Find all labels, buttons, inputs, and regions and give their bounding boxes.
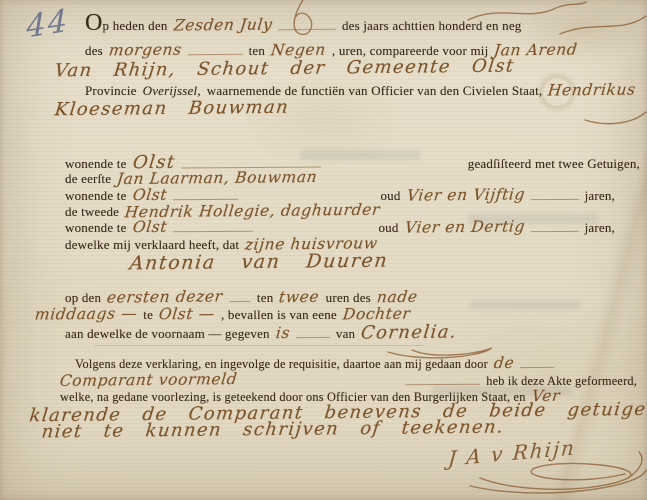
printed-text: op den — [65, 290, 101, 306]
printed-text: ten — [249, 43, 265, 59]
handwritten-place: Olst — [132, 218, 168, 236]
printed-text: , bevallen is van eene — [221, 307, 337, 323]
handwritten-hour: Negen — [270, 41, 327, 60]
printed-text: uren des — [326, 290, 371, 306]
printed-text: te — [143, 307, 153, 323]
line-witness-2-age: wonende te Olst oud Vier en Dertig jaren… — [65, 218, 615, 236]
printed-text: jaren, — [585, 220, 615, 236]
ink-rule — [229, 301, 251, 302]
handwritten-declarant-firstname: Hendrikus — [547, 81, 637, 100]
printed-text: wonende te — [65, 220, 127, 236]
ink-rule — [278, 29, 336, 30]
document-scan: 44 Op heden den Zesden July des jaars ac… — [0, 0, 647, 500]
ink-rule — [531, 199, 579, 200]
ink-rule — [531, 231, 579, 232]
printed-text: jaren, — [585, 188, 615, 204]
line-province: Provincie Overijssel, waarnemende de fun… — [85, 81, 647, 99]
handwritten-official-name: Van Rhijn, Schout der Gemeente Olst — [54, 56, 516, 82]
signature-paraph — [628, 452, 642, 478]
handwritten-age: Vier en Vijftig — [405, 185, 525, 204]
handwritten-child-name: Cornelia. — [360, 321, 459, 343]
handwritten-text: middaags — — [34, 304, 138, 323]
handwritten-child-sex: Dochter — [342, 305, 412, 324]
printed-text: van — [336, 326, 355, 342]
handwritten-mother-name: Antonia van Duuren — [129, 250, 390, 275]
printed-text: oud — [378, 220, 398, 236]
ink-rule — [173, 199, 238, 200]
handwritten-text: nade — [376, 288, 419, 306]
printed-text: des — [85, 43, 103, 59]
printed-text: p heden den — [103, 18, 168, 34]
line-date: Op heden den Zesden July des jaars achtt… — [85, 16, 647, 34]
printed-witness-clause: geadſiſteerd met twee Getuigen, — [468, 156, 640, 172]
margin-number: 44 — [26, 2, 70, 45]
printed-text: ten — [257, 290, 273, 306]
ink-rule — [95, 345, 425, 346]
printed-text: aan dewelke de voornaam — gegeven — [65, 326, 270, 342]
line-child-name: aan dewelke de voornaam — gegeven is van… — [65, 322, 457, 343]
printed-year: des jaars achttien honderd en neg — [342, 18, 522, 34]
line-mother: Antonia van Duuren — [130, 251, 388, 273]
handwritten-age: Vier en Dertig — [403, 217, 525, 236]
line-declarant: Kloeseman Bouwman — [55, 98, 289, 119]
handwritten-birth-hour: twee — [278, 288, 320, 306]
handwritten-daypart: morgens — [108, 41, 183, 60]
line-official: Van Rhijn, Schout der Gemeente Olst — [55, 58, 647, 79]
ink-rule — [296, 337, 330, 338]
printed-text: Volgens deze verklaring, en ingevolge de… — [75, 357, 488, 372]
line-witness-1: de eerſte Jan Laarman, Bouwman — [65, 169, 317, 187]
printed-province-name: Overijssel, — [143, 83, 201, 99]
printed-text: de eerſte — [65, 171, 111, 187]
hendrikus-tail-flourish — [585, 112, 646, 124]
line-birth-time: op den eersten dezer ten twee uren des n… — [65, 288, 647, 306]
handwritten-text: de — [493, 354, 515, 372]
handwritten-place: Olst — — [158, 305, 216, 324]
ink-rule — [520, 367, 554, 368]
printed-text: Provincie — [85, 83, 137, 99]
signature-paraph — [470, 470, 646, 493]
printed-text: Op heden den — [85, 18, 168, 34]
line-birth-place: middaags — te Olst — , bevallen is van e… — [35, 305, 410, 323]
handwritten-date: Zesden July — [172, 15, 273, 34]
ink-rule — [173, 231, 253, 233]
handwritten-text: niet te kunnen schrijven of teekenen. — [41, 417, 506, 443]
printed-text: oud — [380, 188, 400, 204]
ink-rule — [188, 54, 243, 55]
handwritten-text: is — [275, 324, 291, 342]
line-closing-1: Volgens deze verklaring, en ingevolge de… — [75, 354, 647, 372]
official-signature: J A v Rhijn — [447, 435, 577, 470]
ink-rule — [405, 384, 480, 386]
line-closing-5: niet te kunnen schrijven of teekenen. — [42, 419, 504, 440]
handwritten-declarant-name: Kloeseman Bouwman — [54, 97, 291, 120]
signature-paraph — [480, 463, 631, 489]
